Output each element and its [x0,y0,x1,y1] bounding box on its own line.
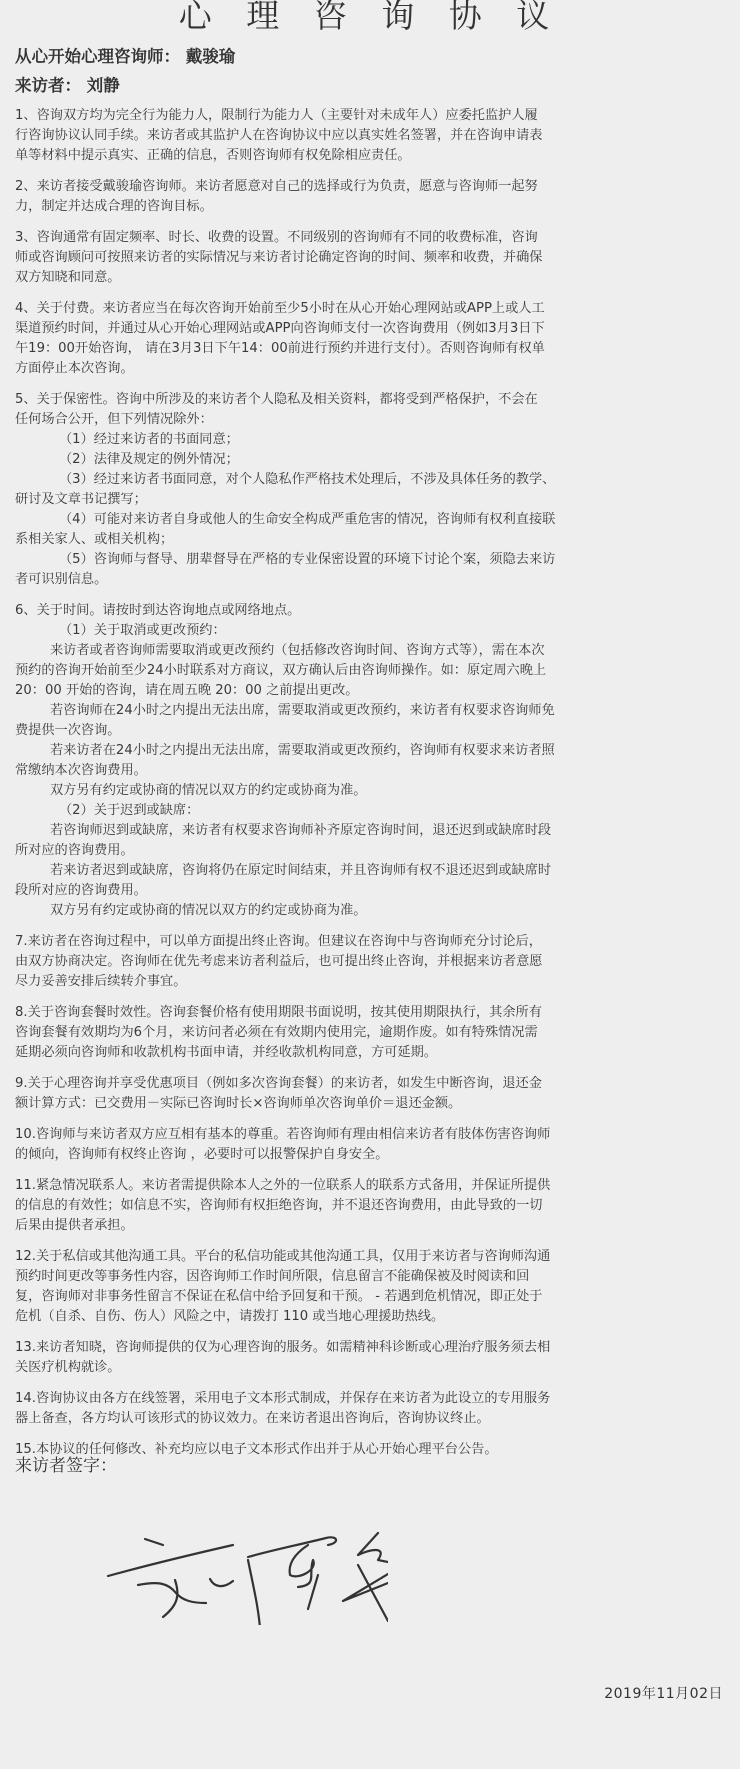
clause-line: 双方知晓和同意。 [15,268,730,288]
time-section-heading: （1）关于取消或更改预约： [15,621,730,641]
time-rule: 双方另有约定或协商的情况以双方的约定或协商为准。 [15,781,730,801]
exception-item-cont: 者可识别信息。 [15,570,730,590]
clause-4: 4、关于付费。来访者应当在每次咨询开始前至少5小时在从心开始心理网站或APP上或… [15,299,730,379]
time-rule: 若来访者迟到或缺席，咨询将仍在原定时间结束，并且咨询师有权不退还迟到或缺席时 [15,861,730,881]
clause-line: 12.关于私信或其他沟通工具。平台的私信功能或其他沟通工具，仅用于来访者与咨询师… [15,1247,730,1267]
counselor-line: 从心开始心理咨询师： 戴骏瑜 [15,46,235,68]
clause-line: 行咨询协议认同手续。来访者或其监护人在咨询协议中应以真实姓名签署，并在咨询申请表 [15,126,730,146]
handwritten-signature [88,1505,388,1625]
time-rule-cont: 段所对应的咨询费用。 [15,881,730,901]
clause-line: 危机（自杀、自伤、伤人）风险之中，请拨打 110 或当地心理援助热线。 [15,1307,730,1327]
exception-item: （4）可能对来访者自身或他人的生命安全构成严重危害的情况，咨询师有权利直接联 [15,510,730,530]
clause-line: 的倾向，咨询师有权终止咨询 ，必要时可以报警保护自身安全。 [15,1145,730,1165]
agreement-page: 心 理 咨 询 协 议 从心开始心理咨询师： 戴骏瑜 来访者： 刘静 1、咨询双… [0,0,740,1769]
clause-line: 延期必须向咨询师和收款机构书面申请，并经收款机构同意，方可延期。 [15,1043,730,1063]
clause-line: 尽力妥善安排后续转介事宜。 [15,972,730,992]
clause-15: 15.本协议的任何修改、补充均应以电子文本形式作出并于从心开始心理平台公告。 [15,1440,730,1460]
clause-8: 8.关于咨询套餐时效性。咨询套餐价格有使用期限书面说明，按其使用期限执行，其余所… [15,1003,730,1063]
clause-line: 7.来访者在咨询过程中，可以单方面提出终止咨询。但建议在咨询中与咨询师充分讨论后… [15,932,730,952]
document-title: 心 理 咨 询 协 议 [0,0,740,38]
clause-line: 咨询套餐有效期均为6个月，来访问者必须在有效期内使用完，逾期作废。如有特殊情况需 [15,1023,730,1043]
exception-item-cont: 研讨及文章书记撰写； [15,490,730,510]
clause-line: 3、咨询通常有固定频率、时长、收费的设置。不同级别的咨询师有不同的收费标准，咨询 [15,228,730,248]
clause-9: 9.关于心理咨询并享受优惠项目（例如多次咨询套餐）的来访者，如发生中断咨询，退还… [15,1074,730,1114]
clause-line: 11.紧急情况联系人。来访者需提供除本人之外的一位联系人的联系方式备用，并保证所… [15,1176,730,1196]
time-rule-cont: 20：00 开始的咨询，请在周五晚 20：00 之前提出更改。 [15,681,730,701]
clause-7: 7.来访者在咨询过程中，可以单方面提出终止咨询。但建议在咨询中与咨询师充分讨论后… [15,932,730,992]
exception-item: （1）经过来访者的书面同意； [15,430,730,450]
clause-line: 关医疗机构就诊。 [15,1358,730,1378]
clause-6: 6、关于时间。请按时到达咨询地点或网络地点。（1）关于取消或更改预约：来访者或者… [15,601,730,921]
exception-item-cont: 系相关家人、或相关机构； [15,530,730,550]
clause-10: 10.咨询师与来访者双方应互相有基本的尊重。若咨询师有理由相信来访者有肢体伤害咨… [15,1125,730,1165]
clause-line: 4、关于付费。来访者应当在每次咨询开始前至少5小时在从心开始心理网站或APP上或… [15,299,730,319]
clause-line: 单等材料中提示真实、正确的信息，否则咨询师有权免除相应责任。 [15,146,730,166]
clause-line: 额计算方式：已交费用－实际已咨询时长×咨询师单次咨询单价＝退还金额。 [15,1094,730,1114]
clause-11: 11.紧急情况联系人。来访者需提供除本人之外的一位联系人的联系方式备用，并保证所… [15,1176,730,1236]
time-rule: 来访者或者咨询师需要取消或更改预约（包括修改咨询时间、咨询方式等），需在本次 [15,641,730,661]
time-rule-cont: 常缴纳本次咨询费用。 [15,761,730,781]
clause-line: 任何场合公开，但下列情况除外： [15,410,730,430]
clause-line: 器上备查，各方均认可该形式的协议效力。在来访者退出咨询后，咨询协议终止。 [15,1409,730,1429]
clause-line: 5、关于保密性。咨询中所涉及的来访者个人隐私及相关资料，都将受到严格保护，不会在 [15,390,730,410]
exception-item: （3）经过来访者书面同意，对个人隐私作严格技术处理后，不涉及具体任务的教学、 [15,470,730,490]
clause-line: 10.咨询师与来访者双方应互相有基本的尊重。若咨询师有理由相信来访者有肢体伤害咨… [15,1125,730,1145]
visitor-line: 来访者： 刘静 [15,75,120,97]
clause-line: 6、关于时间。请按时到达咨询地点或网络地点。 [15,601,730,621]
time-rule-cont: 预约的咨询开始前至少24小时联系对方商议，双方确认后由咨询师操作。如：原定周六晚… [15,661,730,681]
clause-12: 12.关于私信或其他沟通工具。平台的私信功能或其他沟通工具，仅用于来访者与咨询师… [15,1247,730,1327]
clause-line: 14.咨询协议由各方在线签署，采用电子文本形式制成，并保存在来访者为此设立的专用… [15,1389,730,1409]
clause-line: 复，咨询师对非事务性留言不保证在私信中给予回复和干预。 - 若遇到危机情况，即正… [15,1287,730,1307]
clause-1: 1、咨询双方均为完全行为能力人，限制行为能力人（主要针对未成年人）应委托监护人履… [15,106,730,166]
clause-13: 13.来访者知晓，咨询师提供的仅为心理咨询的服务。如需精神科诊断或心理治疗服务须… [15,1338,730,1378]
clause-line: 力，制定并达成合理的咨询目标。 [15,197,730,217]
time-rule: 双方另有约定或协商的情况以双方的约定或协商为准。 [15,901,730,921]
time-rule-cont: 所对应的咨询费用。 [15,841,730,861]
clause-line: 13.来访者知晓，咨询师提供的仅为心理咨询的服务。如需精神科诊断或心理治疗服务须… [15,1338,730,1358]
signing-date: 2019年11月02日 [604,1683,723,1703]
clause-line: 15.本协议的任何修改、补充均应以电子文本形式作出并于从心开始心理平台公告。 [15,1440,730,1460]
clause-2: 2、来访者接受戴骏瑜咨询师。来访者愿意对自己的选择或行为负责，愿意与咨询师一起努… [15,177,730,217]
clause-line: 9.关于心理咨询并享受优惠项目（例如多次咨询套餐）的来访者，如发生中断咨询，退还… [15,1074,730,1094]
clause-14: 14.咨询协议由各方在线签署，采用电子文本形式制成，并保存在来访者为此设立的专用… [15,1389,730,1429]
exception-item: （2）法律及规定的例外情况； [15,450,730,470]
time-rule-cont: 费提供一次咨询。 [15,721,730,741]
clause-line: 方面停止本次咨询。 [15,359,730,379]
clause-line: 2、来访者接受戴骏瑜咨询师。来访者愿意对自己的选择或行为负责，愿意与咨询师一起努 [15,177,730,197]
time-rule: 若来访者在24小时之内提出无法出席，需要取消或更改预约，咨询师有权要求来访者照 [15,741,730,761]
clause-3: 3、咨询通常有固定频率、时长、收费的设置。不同级别的咨询师有不同的收费标准，咨询… [15,228,730,288]
signature-label: 来访者签字： [15,1454,117,1478]
clause-line: 午19：00开始咨询， 请在3月3日下午14：00前进行预约并进行支付）。否则咨… [15,339,730,359]
clause-line: 预约时间更改等事务性内容，因咨询师工作时间所限，信息留言不能确保被及时阅读和回 [15,1267,730,1287]
clause-line: 由双方协商决定。咨询师在优先考虑来访者利益后，也可提出终止咨询，并根据来访者意愿 [15,952,730,972]
time-rule: 若咨询师迟到或缺席，来访者有权要求咨询师补齐原定咨询时间，退还迟到或缺席时段 [15,821,730,841]
clause-line: 后果由提供者承担。 [15,1216,730,1236]
time-rule: 若咨询师在24小时之内提出无法出席，需要取消或更改预约，来访者有权要求咨询师免 [15,701,730,721]
counselor-name: 戴骏瑜 [186,47,236,66]
clause-line: 1、咨询双方均为完全行为能力人，限制行为能力人（主要针对未成年人）应委托监护人履 [15,106,730,126]
clause-line: 8.关于咨询套餐时效性。咨询套餐价格有使用期限书面说明，按其使用期限执行，其余所… [15,1003,730,1023]
exception-item: （5）咨询师与督导、朋辈督导在严格的专业保密设置的环境下讨论个案，须隐去来访 [15,550,730,570]
clauses-body: 1、咨询双方均为完全行为能力人，限制行为能力人（主要针对未成年人）应委托监护人履… [15,106,730,1471]
clause-line: 渠道预约时间，并通过从心开始心理网站或APP向咨询师支付一次咨询费用（例如3月3… [15,319,730,339]
clause-line: 的信息的有效性；如信息不实，咨询师有权拒绝咨询，并不退还咨询费用，由此导致的一切 [15,1196,730,1216]
clause-5: 5、关于保密性。咨询中所涉及的来访者个人隐私及相关资料，都将受到严格保护，不会在… [15,390,730,590]
visitor-label: 来访者： [15,76,81,95]
time-section-heading: （2）关于迟到或缺席： [15,801,730,821]
clause-line: 师或咨询顾问可按照来访者的实际情况与来访者讨论确定咨询的时间、频率和收费，并确保 [15,248,730,268]
visitor-name: 刘静 [87,76,120,95]
counselor-label: 从心开始心理咨询师： [15,47,180,66]
